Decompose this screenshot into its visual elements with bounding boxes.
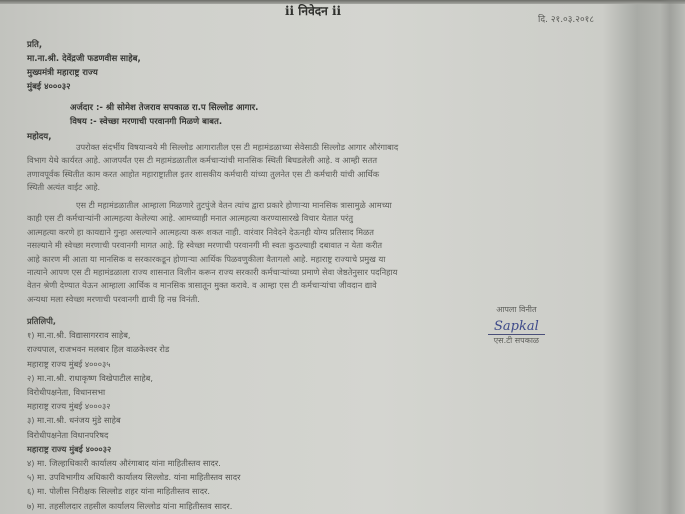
paragraph-line: आहे कारण मी आता या मानसिक व सरकारकडून हो…	[27, 253, 627, 266]
handwritten-signature: Sapkal	[488, 320, 545, 335]
recipient-line: मा.ना.श्री. देवेंद्रजी फडणवीस साहेब,	[27, 52, 141, 66]
signatory-name: एस.टी सपकाळ	[488, 335, 545, 346]
copy-recipient-line: ७) मा. तहसीलदार तहसील कार्यालय सिल्लोड य…	[27, 499, 241, 513]
copy-recipient-line: १) मा.ना.श्री. विद्यासागरराव साहेब,	[27, 328, 241, 342]
applicant-line: अर्जदार :- श्री सोमेश तेजराव सपकाळ रा.प …	[70, 101, 258, 115]
copy-recipient-line: राज्यपाल, राजभवन मलबार हिल वाळकेश्वर रोड	[27, 342, 241, 356]
body-paragraph-2: एस टी महामंडळातील आम्हाला मिळणारे तुटपुं…	[27, 199, 627, 306]
paragraph-line: उपरोक्त संदर्भीय विषयान्वये मी सिल्लोड आ…	[27, 141, 627, 154]
copy-recipient-line: महाराष्ट्र राज्य मुंबई ४०००३५	[27, 357, 241, 371]
copies-heading: प्रतिलिपी,	[27, 314, 241, 328]
recipient-label: प्रति,	[27, 38, 141, 52]
copy-recipient-line: महाराष्ट्र राज्य मुंबई ४०००३२	[27, 442, 241, 456]
recipient-block: प्रति, मा.ना.श्री. देवेंद्रजी फडणवीस साह…	[27, 38, 141, 94]
copy-recipient-line: ४) मा. जिल्हाधिकारी कार्यालय औरंगाबाद या…	[27, 456, 241, 470]
body-paragraph-1: उपरोक्त संदर्भीय विषयान्वये मी सिल्लोड आ…	[27, 141, 627, 195]
copy-recipient-line: २) मा.ना.श्री. राधाकृष्ण विखेपाटील साहेब…	[27, 371, 241, 385]
recipient-line: मुख्यमंत्री महाराष्ट्र राज्य	[27, 66, 141, 80]
scanned-letter-page: ii निवेदन ii दि. २१.०३.२०१८ प्रति, मा.ना…	[0, 0, 685, 514]
copy-recipient-line: ३) मा.ना.श्री. धनंजय मुंडे साहेब	[27, 413, 241, 427]
closing-phrase: आपला विनीत	[488, 304, 545, 315]
page-fold-shadow	[660, 0, 685, 514]
copies-list: प्रतिलिपी, १) मा.ना.श्री. विद्यासागरराव …	[27, 314, 241, 513]
paragraph-line: एस टी महामंडळातील आम्हाला मिळणारे तुटपुं…	[27, 199, 627, 212]
paragraph-line: तणावपूर्वक स्थितीत काम करत आहोत महाराष्ट…	[27, 168, 627, 181]
signature-block: आपला विनीत Sapkal एस.टी सपकाळ	[488, 304, 545, 346]
page-top-edge	[0, 0, 685, 4]
copy-recipient-line: विरोधीपक्षनेता, विधानसभा	[27, 385, 241, 399]
paragraph-line: विभाग येथे कार्यरत आहे. आजपर्यंत एस टी म…	[27, 154, 627, 167]
paragraph-line: नसल्याने मी स्वेच्छा मरणाची परवानगी मागत…	[27, 239, 627, 252]
paragraph-line: नात्याने आपण एस टी महामंडळाला राज्य शासन…	[27, 266, 627, 279]
copy-recipient-line: ६) मा. पोलीस निरीक्षक सिल्लोड शहर यांना …	[27, 484, 241, 498]
document-title: ii निवेदन ii	[285, 2, 341, 19]
recipient-line: मुंबई ४०००३२	[27, 80, 141, 94]
paragraph-line: वेतन श्रेणी देण्यात येऊन आम्हाला आर्थिक …	[27, 279, 627, 292]
paragraph-line: स्थिती अत्यंत वाईट आहे.	[27, 181, 627, 194]
document-date: दि. २१.०३.२०१८	[538, 12, 594, 25]
copy-recipient-line: विरोधीपक्षनेता विधानपरिषद	[27, 428, 241, 442]
copy-recipient-line: महाराष्ट्र राज्य मुंबई ४०००३२	[27, 399, 241, 413]
paragraph-line: आत्महत्या करणे हा कायद्याने गुन्हा असल्य…	[27, 226, 627, 239]
paragraph-line: काही एस टी कर्मचाऱ्यांनी आत्महत्या केलेल…	[27, 212, 627, 225]
subject-block: अर्जदार :- श्री सोमेश तेजराव सपकाळ रा.प …	[70, 101, 258, 129]
subject-line: विषय :- स्वेच्छा मरणाची परवानगी मिळणे बा…	[70, 115, 258, 129]
copy-recipient-line: ५) मा. उपविभागीय अधिकारी कार्यालय सिल्लो…	[27, 470, 241, 484]
